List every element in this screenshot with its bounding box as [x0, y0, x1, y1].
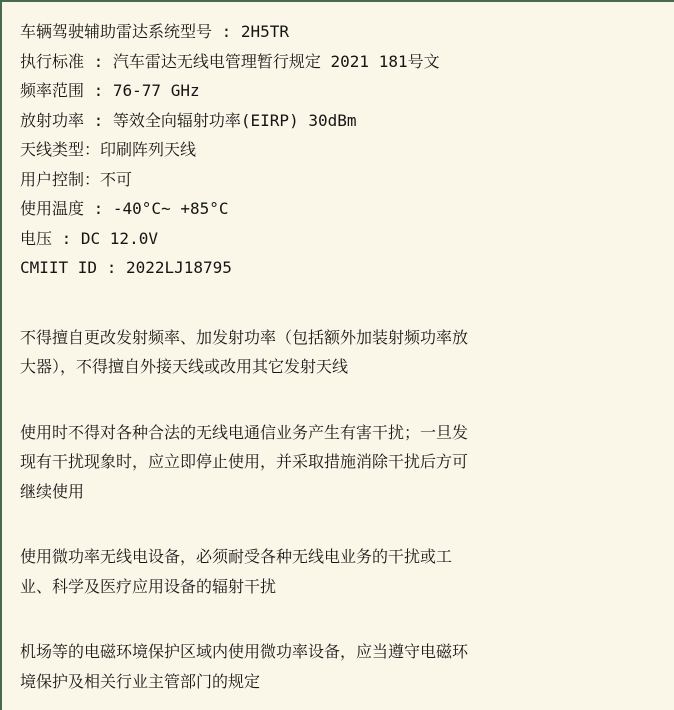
spec-model-line: 车辆驾驶辅助雷达系统型号 : 2H5TR	[20, 17, 654, 47]
radar-regulatory-label: 车辆驾驶辅助雷达系统型号 : 2H5TR 执行标准 : 汽车雷达无线电管理暂行规…	[0, 0, 674, 710]
spec-antenna-line: 天线类型：印刷阵列天线	[20, 135, 654, 165]
notice-harmful-interference: 使用时不得对各种合法的无线电通信业务产生有害干扰；一旦发 现有干扰现象时，应立即…	[20, 418, 654, 507]
notice-airport-protection: 机场等的电磁环境保护区域内使用微功率设备，应当遵守电磁环 境保护及相关行业主管部…	[20, 637, 654, 696]
spec-cmiit-id-line: CMIIT ID : 2022LJ18795	[20, 253, 654, 283]
spec-temperature-line: 使用温度 : -40°C~ +85°C	[20, 194, 654, 224]
notice-interference-tolerance: 使用微功率无线电设备，必须耐受各种无线电业务的干扰或工 业、科学及医疗应用设备的…	[20, 542, 654, 601]
spec-frequency-line: 频率范围 : 76-77 GHz	[20, 76, 654, 106]
spec-user-control-line: 用户控制：不可	[20, 165, 654, 195]
spec-standard-line: 执行标准 : 汽车雷达无线电管理暂行规定 2021 181号文	[20, 47, 654, 77]
spec-voltage-line: 电压 : DC 12.0V	[20, 224, 654, 254]
spec-power-line: 放射功率 : 等效全向辐射功率(EIRP) 30dBm	[20, 106, 654, 136]
device-spec-list: 车辆驾驶辅助雷达系统型号 : 2H5TR 执行标准 : 汽车雷达无线电管理暂行规…	[20, 17, 654, 283]
notice-no-modification: 不得擅自更改发射频率、加发射功率（包括额外加装射频功率放 大器），不得擅自外接天…	[20, 323, 654, 382]
